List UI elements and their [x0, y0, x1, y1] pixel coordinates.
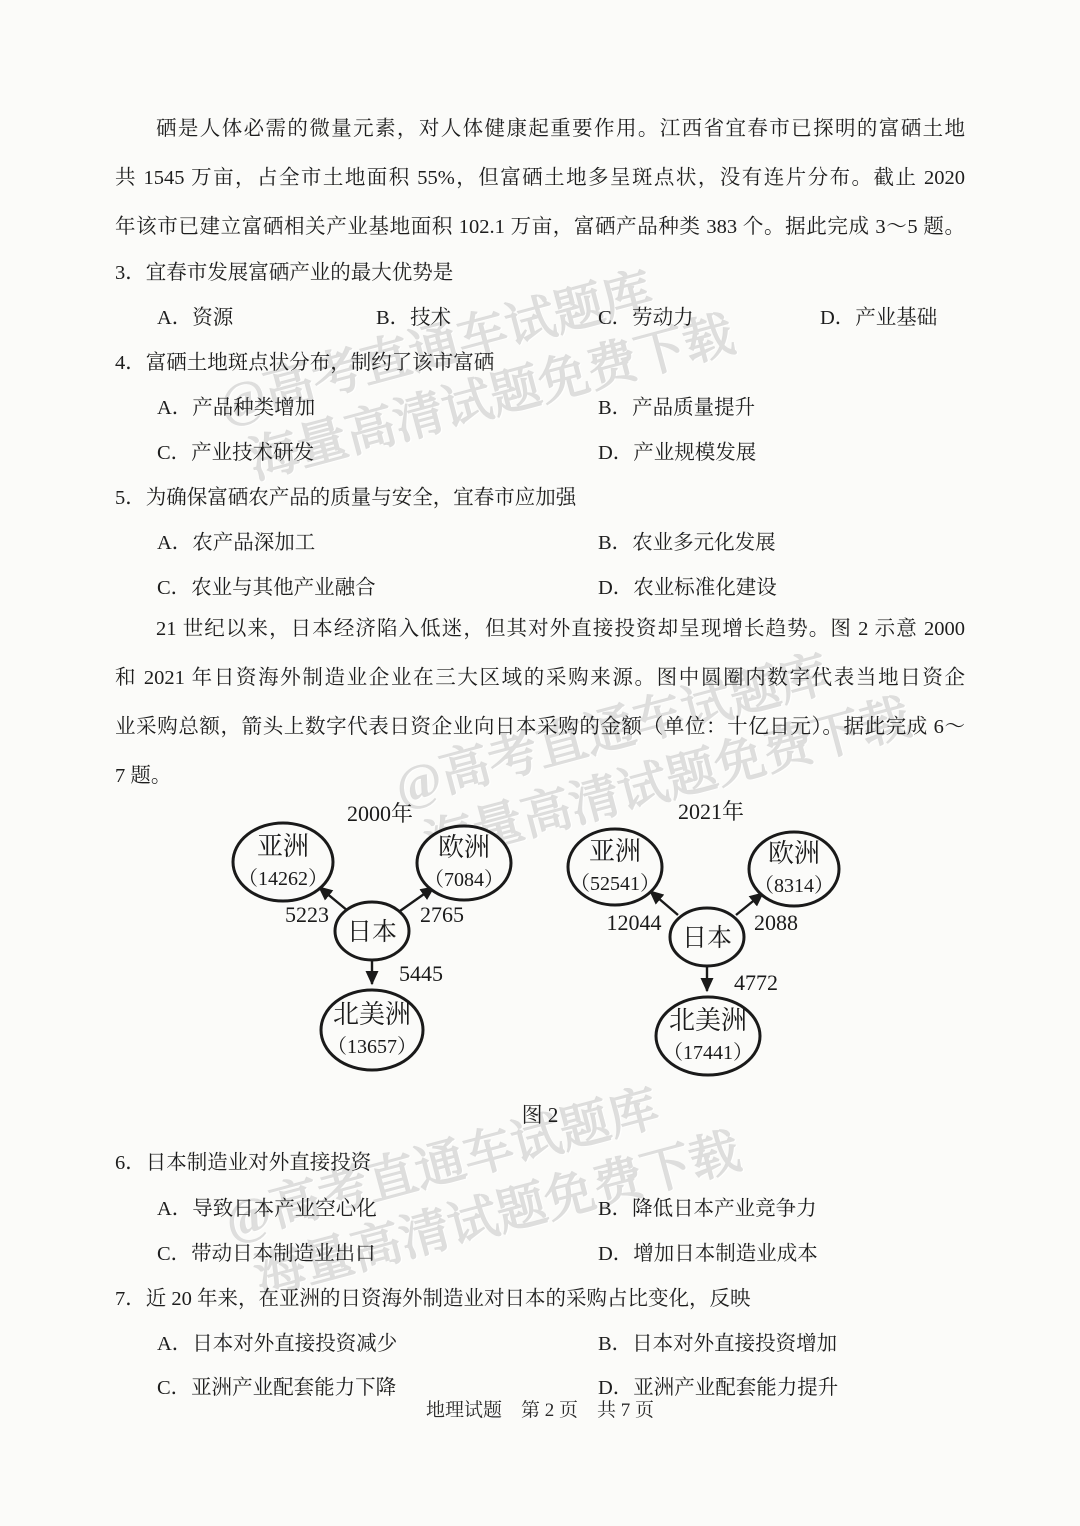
q7-option-b: B．日本对外直接投资增加	[598, 1320, 837, 1369]
question-5-options-row-1: A．农产品深加工 B．农业多元化发展	[115, 519, 1015, 568]
node-2000-asia	[233, 823, 333, 901]
label-2021-north-america: 北美洲	[669, 1006, 747, 1035]
node-2000-europe	[417, 826, 511, 900]
arrow-2021-japan-to-europe	[736, 893, 763, 915]
value-2021-north-america: （17441）	[663, 1042, 753, 1064]
question-4-options-row-1: A．产品种类增加 B．产品质量提升	[115, 384, 1015, 433]
question-6-stem: 6．日本制造业对外直接投资	[115, 1139, 975, 1188]
question-4-stem: 4．富硒土地斑点状分布，制约了该市富硒	[115, 339, 975, 388]
node-2021-asia	[568, 829, 662, 905]
flow-2021-japan-to-north-america: 4772	[734, 970, 778, 995]
passage-line: 21 世纪以来，日本经济陷入低迷，但其对外直接投资却呈现增长趋势。图 2 示意 …	[115, 605, 965, 654]
flow-2000-japan-to-europe: 2765	[420, 902, 464, 927]
flow-2000-japan-to-asia: 5223	[285, 902, 329, 927]
label-2000-asia: 亚洲	[257, 832, 309, 861]
question-4-options-row-2: C．产业技术研发 D．产业规模发展	[115, 429, 1015, 478]
passage-japan: 21 世纪以来，日本经济陷入低迷，但其对外直接投资却呈现增长趋势。图 2 示意 …	[115, 605, 965, 801]
exam-page: @高考直通车试题库 海量高清试题免费下载 @高考直通车试题库 海量高清试题免费下…	[0, 0, 1080, 1526]
flow-2000-japan-to-north-america: 5445	[399, 961, 443, 986]
question-7-stem: 7．近 20 年来，在亚洲的日资海外制造业对日本的采购占比变化，反映	[115, 1275, 975, 1324]
q6-option-a: A．导致日本产业空心化	[157, 1185, 377, 1234]
figure-year-2000-title: 2000年	[347, 801, 413, 826]
label-2000-europe: 欧洲	[438, 833, 490, 862]
label-2021-europe: 欧洲	[768, 839, 820, 868]
label-2021-asia: 亚洲	[589, 837, 641, 866]
value-2021-europe: （8314）	[754, 875, 834, 897]
arrow-2000-japan-to-europe	[400, 887, 434, 911]
question-6-options-row-2: C．带动日本制造业出口 D．增加日本制造业成本	[115, 1230, 1015, 1279]
q4-option-c: C．产业技术研发	[157, 429, 314, 478]
node-2000-north-america	[321, 990, 423, 1070]
passage-line: 共 1545 万亩，占全市土地面积 55%，但富硒土地多呈斑点状，没有连片分布。…	[115, 154, 965, 203]
q6-option-c: C．带动日本制造业出口	[157, 1230, 376, 1279]
value-2000-asia: （14262）	[238, 868, 328, 890]
label-2021-japan: 日本	[682, 924, 732, 952]
q7-option-a: A．日本对外直接投资减少	[157, 1320, 397, 1369]
flow-2021-japan-to-asia: 12044	[607, 910, 662, 935]
passage-line: 7 题。	[115, 752, 965, 801]
question-3-options: A．资源 B．技术 C．劳动力 D．产业基础	[115, 294, 1015, 343]
q5-option-b: B．农业多元化发展	[598, 519, 776, 568]
q5-option-a: A．农产品深加工	[157, 519, 315, 568]
q4-option-d: D．产业规模发展	[598, 429, 756, 478]
passage-selenium: 硒是人体必需的微量元素，对人体健康起重要作用。江西省宜春市已探明的富硒土地 共 …	[115, 105, 965, 252]
passage-line: 和 2021 年日资海外制造业企业在三大区域的采购来源。图中圆圈内数字代表当地日…	[115, 654, 965, 703]
value-2000-europe: （7084）	[424, 869, 504, 891]
node-2021-europe	[749, 832, 839, 906]
question-3-stem: 3．宜春市发展富硒产业的最大优势是	[115, 249, 975, 298]
q4-option-b: B．产品质量提升	[598, 384, 755, 433]
flow-2021-japan-to-europe: 2088	[754, 910, 798, 935]
label-2000-north-america: 北美洲	[333, 1000, 411, 1029]
q3-option-a: A．资源	[157, 294, 233, 343]
q3-option-d: D．产业基础	[820, 294, 937, 343]
node-2021-north-america	[656, 997, 760, 1075]
arrow-2021-japan-to-asia	[650, 891, 678, 915]
figure-2-caption: 图 2	[115, 1100, 965, 1130]
figure-year-2021-title: 2021年	[678, 799, 744, 824]
q3-option-c: C．劳动力	[598, 294, 694, 343]
q6-option-b: B．降低日本产业竞争力	[598, 1185, 817, 1234]
passage-line: 业采购总额，箭头上数字代表日资企业向日本采购的金额（单位：十亿日元）。据此完成 …	[115, 703, 965, 752]
passage-line: 年该市已建立富硒相关产业基地面积 102.1 万亩，富硒产品种类 383 个。据…	[115, 203, 965, 252]
q3-option-b: B．技术	[376, 294, 451, 343]
question-5-stem: 5．为确保富硒农产品的质量与安全，宜春市应加强	[115, 474, 975, 523]
arrow-2000-japan-to-asia	[319, 887, 348, 911]
label-2000-japan: 日本	[347, 918, 397, 946]
value-2021-asia: （52541）	[570, 873, 660, 895]
node-2021-japan	[670, 908, 744, 966]
q6-option-d: D．增加日本制造业成本	[598, 1230, 818, 1279]
question-7-options-row-1: A．日本对外直接投资减少 B．日本对外直接投资增加	[115, 1320, 1015, 1369]
value-2000-north-america: （13657）	[327, 1036, 417, 1058]
passage-line: 硒是人体必需的微量元素，对人体健康起重要作用。江西省宜春市已探明的富硒土地	[115, 105, 965, 154]
node-2000-japan	[335, 902, 409, 960]
q4-option-a: A．产品种类增加	[157, 384, 315, 433]
page-footer: 地理试题 第 2 页 共 7 页	[115, 1398, 965, 1424]
question-6-options-row-1: A．导致日本产业空心化 B．降低日本产业竞争力	[115, 1185, 1015, 1234]
